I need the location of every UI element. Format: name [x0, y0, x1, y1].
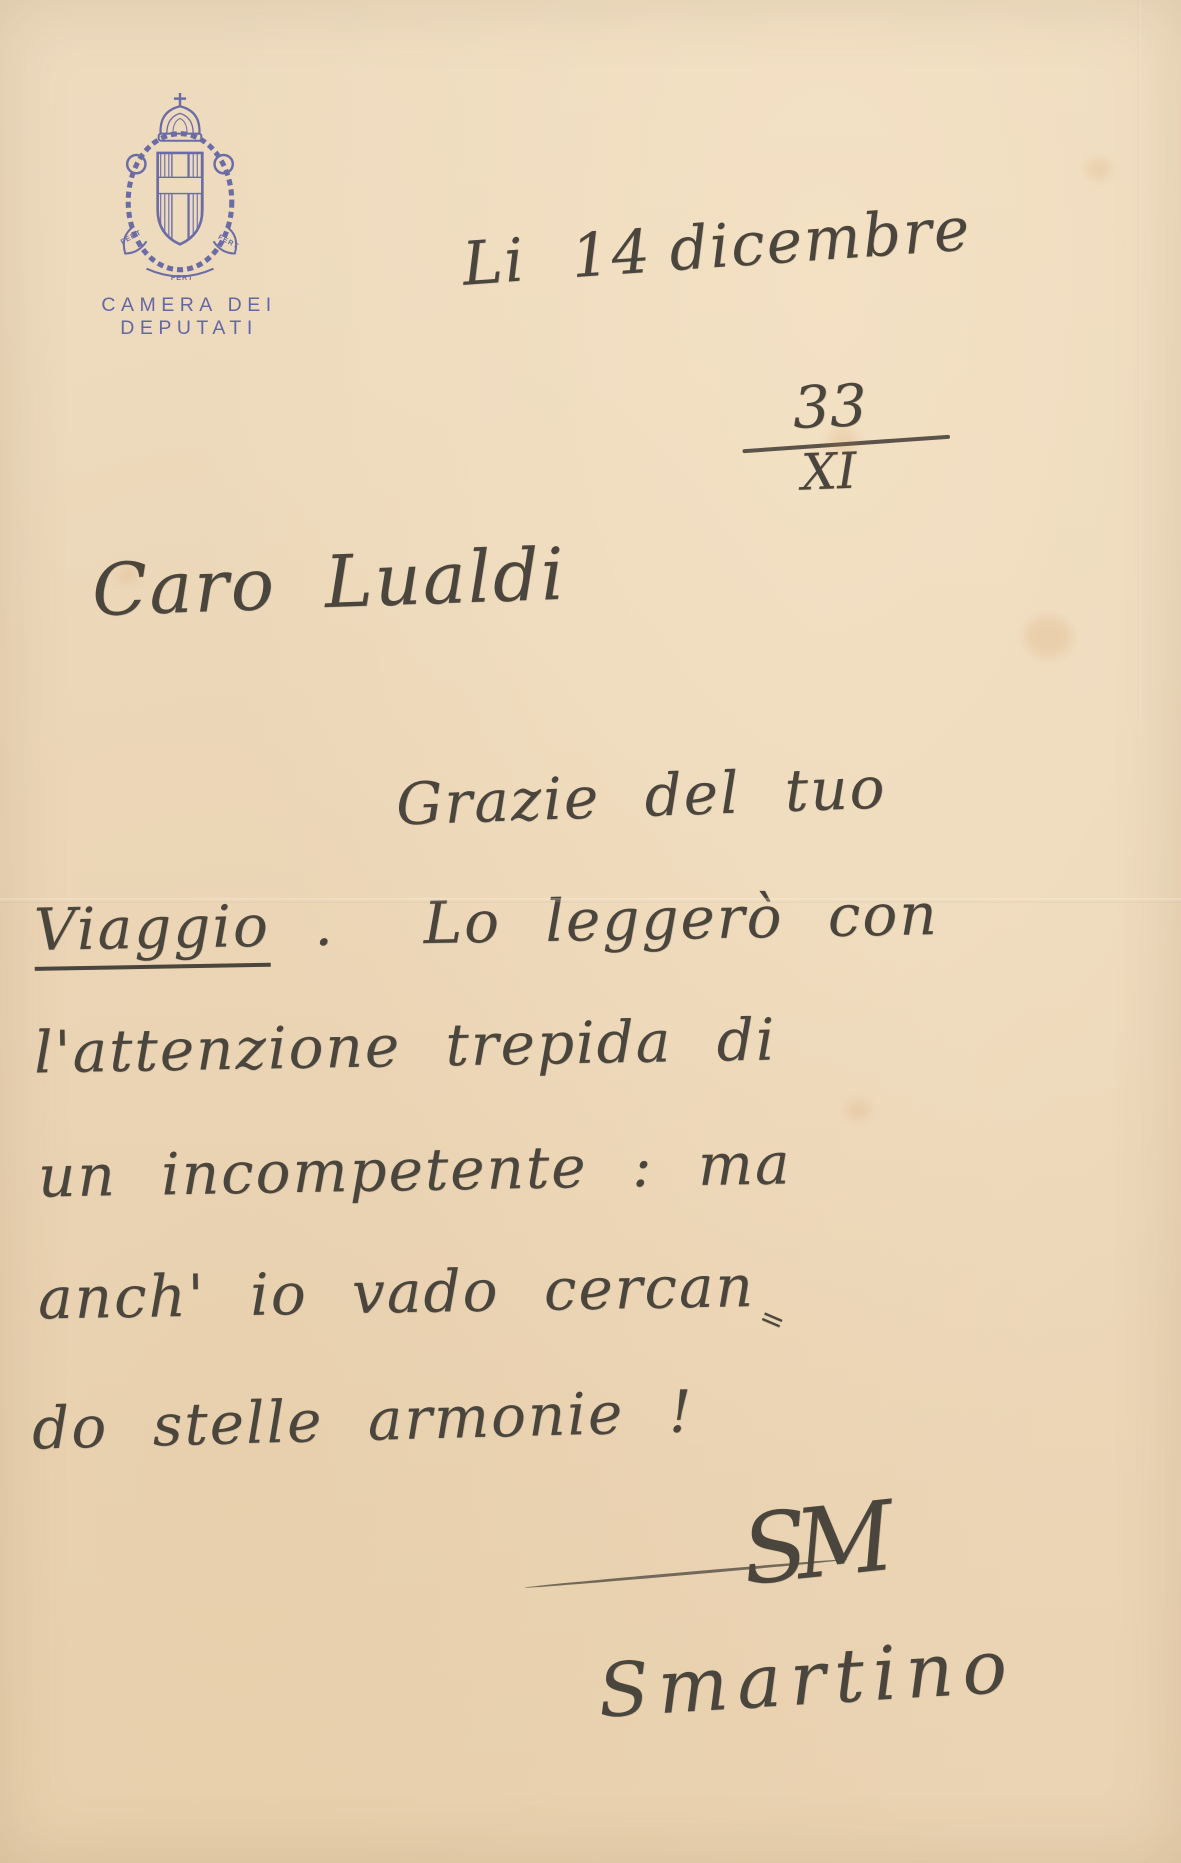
body-line-2: Viaggio . Lo leggerò con — [33, 880, 939, 964]
foxing-spot — [828, 428, 858, 454]
shield-field-hatching — [156, 151, 205, 247]
date-line: Li14dicembre — [460, 194, 973, 299]
edge-crease — [1138, 0, 1141, 720]
date-era-year: XI — [800, 438, 952, 501]
foxing-spot — [846, 1100, 870, 1120]
date-prefix: Li — [460, 225, 528, 299]
body-line-5-text: anch' io vado cercan — [37, 1252, 755, 1333]
hyphenation-mark: = — [754, 1299, 793, 1342]
date-day: 14 — [569, 217, 654, 292]
institution-name: CAMERA DEI DEPUTATI — [38, 294, 340, 340]
coat-of-arms-emblem: FERT FERT FERT — [114, 90, 246, 288]
foxing-spot — [118, 566, 138, 584]
underlined-word: Viaggio — [33, 892, 270, 971]
letter-paper: FERT FERT FERT CAMERA DEI DEPUTATI Li14d… — [0, 0, 1181, 1863]
fold-crease — [0, 898, 1181, 903]
date-month: dicembre — [667, 194, 973, 285]
body-line-5: anch' io vado cercan= — [37, 1251, 786, 1332]
body-line-3: l'attenzione trepida di — [33, 1006, 776, 1087]
salutation: Caro Lualdi — [91, 532, 568, 632]
crown-cross-icon — [174, 93, 186, 106]
body-line-2-rest: . Lo leggerò con — [269, 880, 939, 960]
motto-bottom: FERT — [171, 274, 194, 282]
signature-name: Smartino — [596, 1623, 1018, 1734]
foxing-spot — [1024, 616, 1072, 658]
body-line-1: Grazie del tuo — [395, 753, 888, 838]
signature-initials: SM — [737, 1481, 888, 1607]
foxing-spot — [1086, 158, 1112, 180]
body-line-4: un incompetente : ma — [37, 1129, 792, 1210]
body-line-6: do stelle armonie ! — [31, 1377, 694, 1462]
